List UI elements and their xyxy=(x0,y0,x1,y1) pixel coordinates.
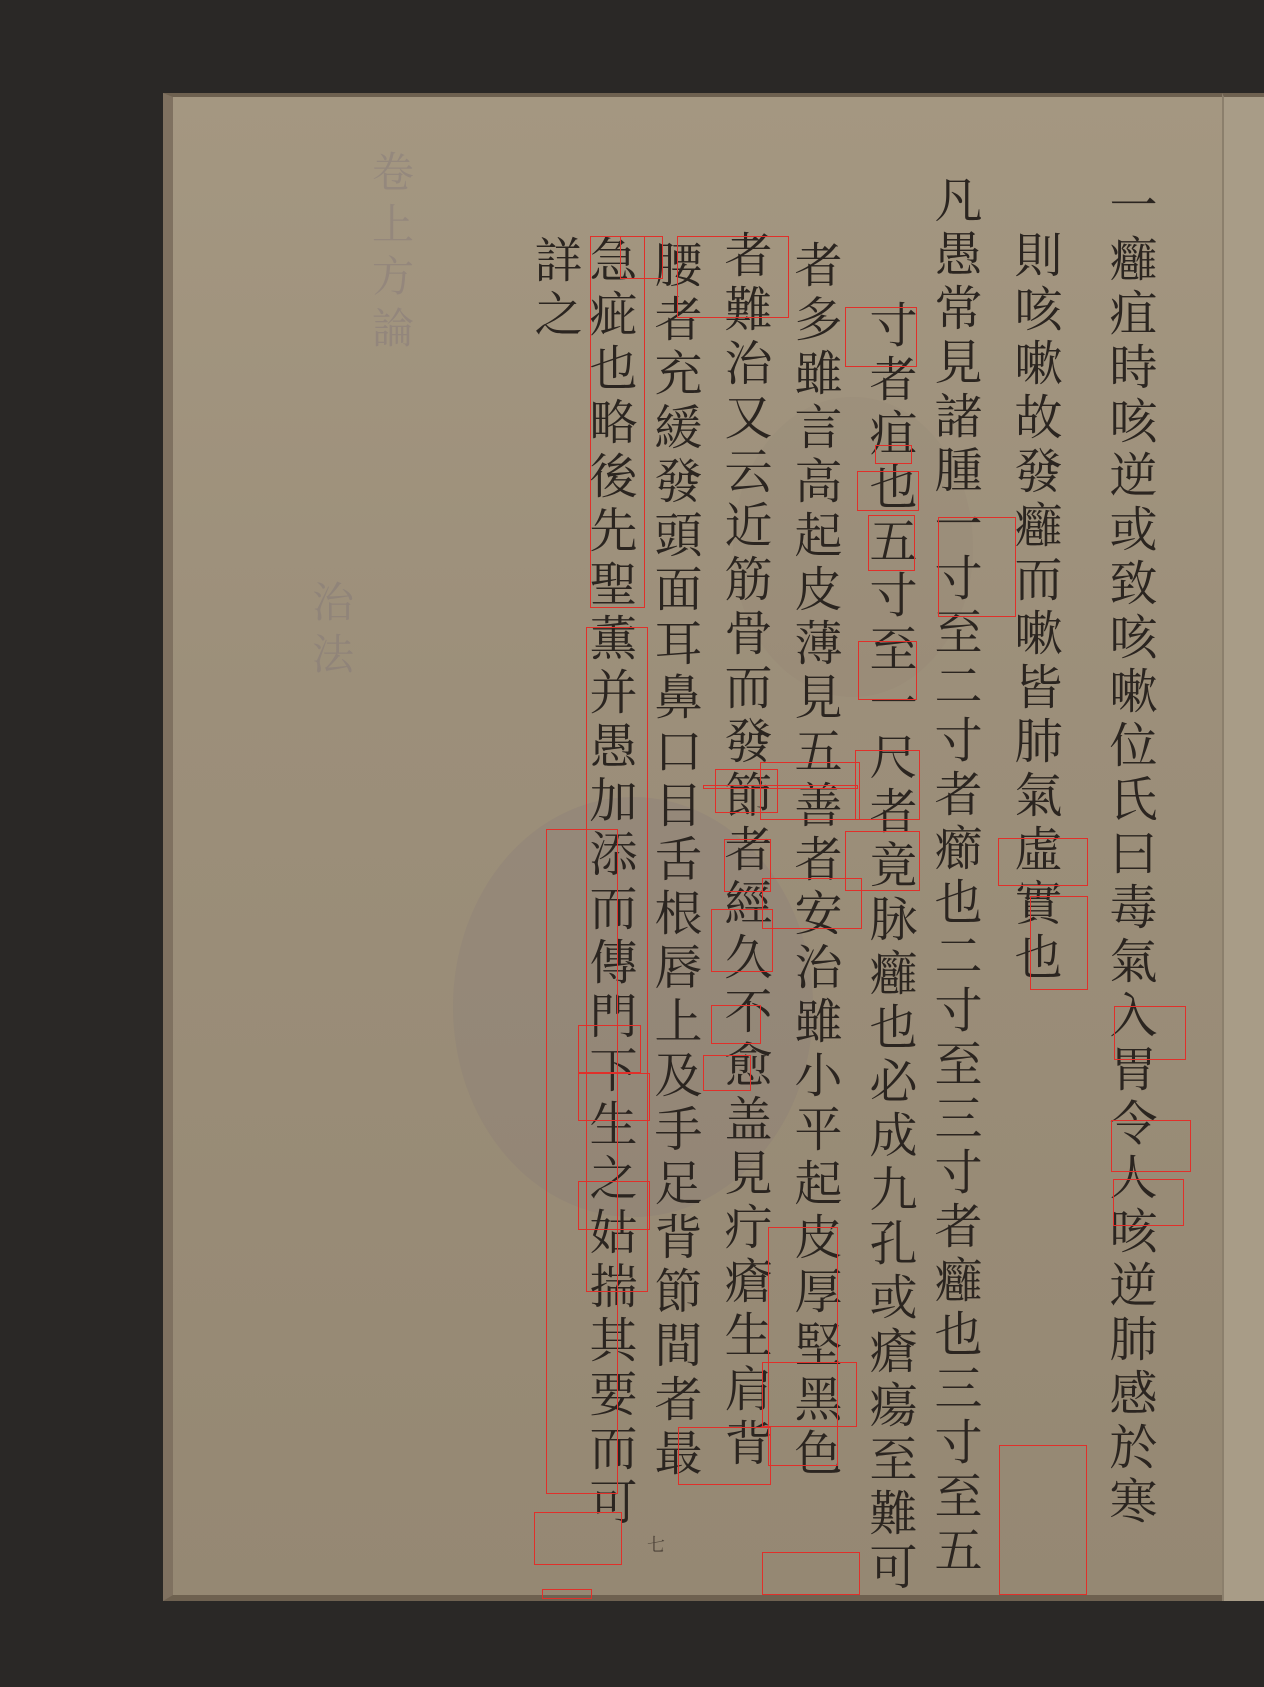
page-number-note: 七 xyxy=(645,1535,663,1555)
annotation-box xyxy=(703,1055,751,1091)
annotation-box xyxy=(998,838,1088,886)
annotation-box xyxy=(868,515,915,571)
annotation-box xyxy=(762,1362,857,1427)
annotation-box xyxy=(711,909,773,972)
annotation-box xyxy=(711,1005,761,1044)
text-column-3: 凡愚常見諸腫一寸至二寸者癤也二寸至三寸者癰也三寸至五 xyxy=(930,175,978,1595)
annotation-box xyxy=(678,1427,771,1485)
annotation-box xyxy=(858,641,917,700)
bleed-through-text: 治法 xyxy=(300,580,360,1180)
annotation-box xyxy=(542,1589,592,1599)
annotation-box xyxy=(534,1512,622,1565)
annotation-box xyxy=(1030,896,1088,990)
bleed-through-text: 卷上方論 xyxy=(360,150,420,950)
annotation-box xyxy=(724,839,771,892)
annotation-box xyxy=(938,517,1016,617)
annotation-box xyxy=(677,236,789,318)
annotation-box xyxy=(857,471,919,511)
annotation-box xyxy=(715,769,778,813)
annotation-box xyxy=(590,236,645,608)
annotation-box xyxy=(762,878,862,929)
annotation-box xyxy=(768,1227,838,1466)
text-column-1: 一癰疽時咳逆或致咳嗽位氏曰毒氣入胃令人咳逆肺感於寒 xyxy=(1105,180,1153,1600)
annotation-box xyxy=(1114,1006,1186,1060)
annotation-box xyxy=(855,750,920,820)
text-column-9: 詳之 xyxy=(530,235,578,355)
annotation-box xyxy=(762,1552,860,1595)
annotation-box xyxy=(999,1445,1087,1595)
annotation-box xyxy=(546,829,618,1494)
annotation-box xyxy=(875,445,912,464)
next-page-edge xyxy=(1222,93,1264,1601)
text-column-7: 腰者充緩發頭面耳鼻口目舌根唇上及手足背節間者最 xyxy=(650,240,698,1560)
text-column-6: 者難治又云近筋骨而發節者經久不愈盖見疔瘡生肩背 xyxy=(720,230,768,1570)
annotation-box xyxy=(1113,1179,1184,1226)
annotation-box xyxy=(1111,1120,1191,1172)
annotation-box xyxy=(845,307,917,367)
